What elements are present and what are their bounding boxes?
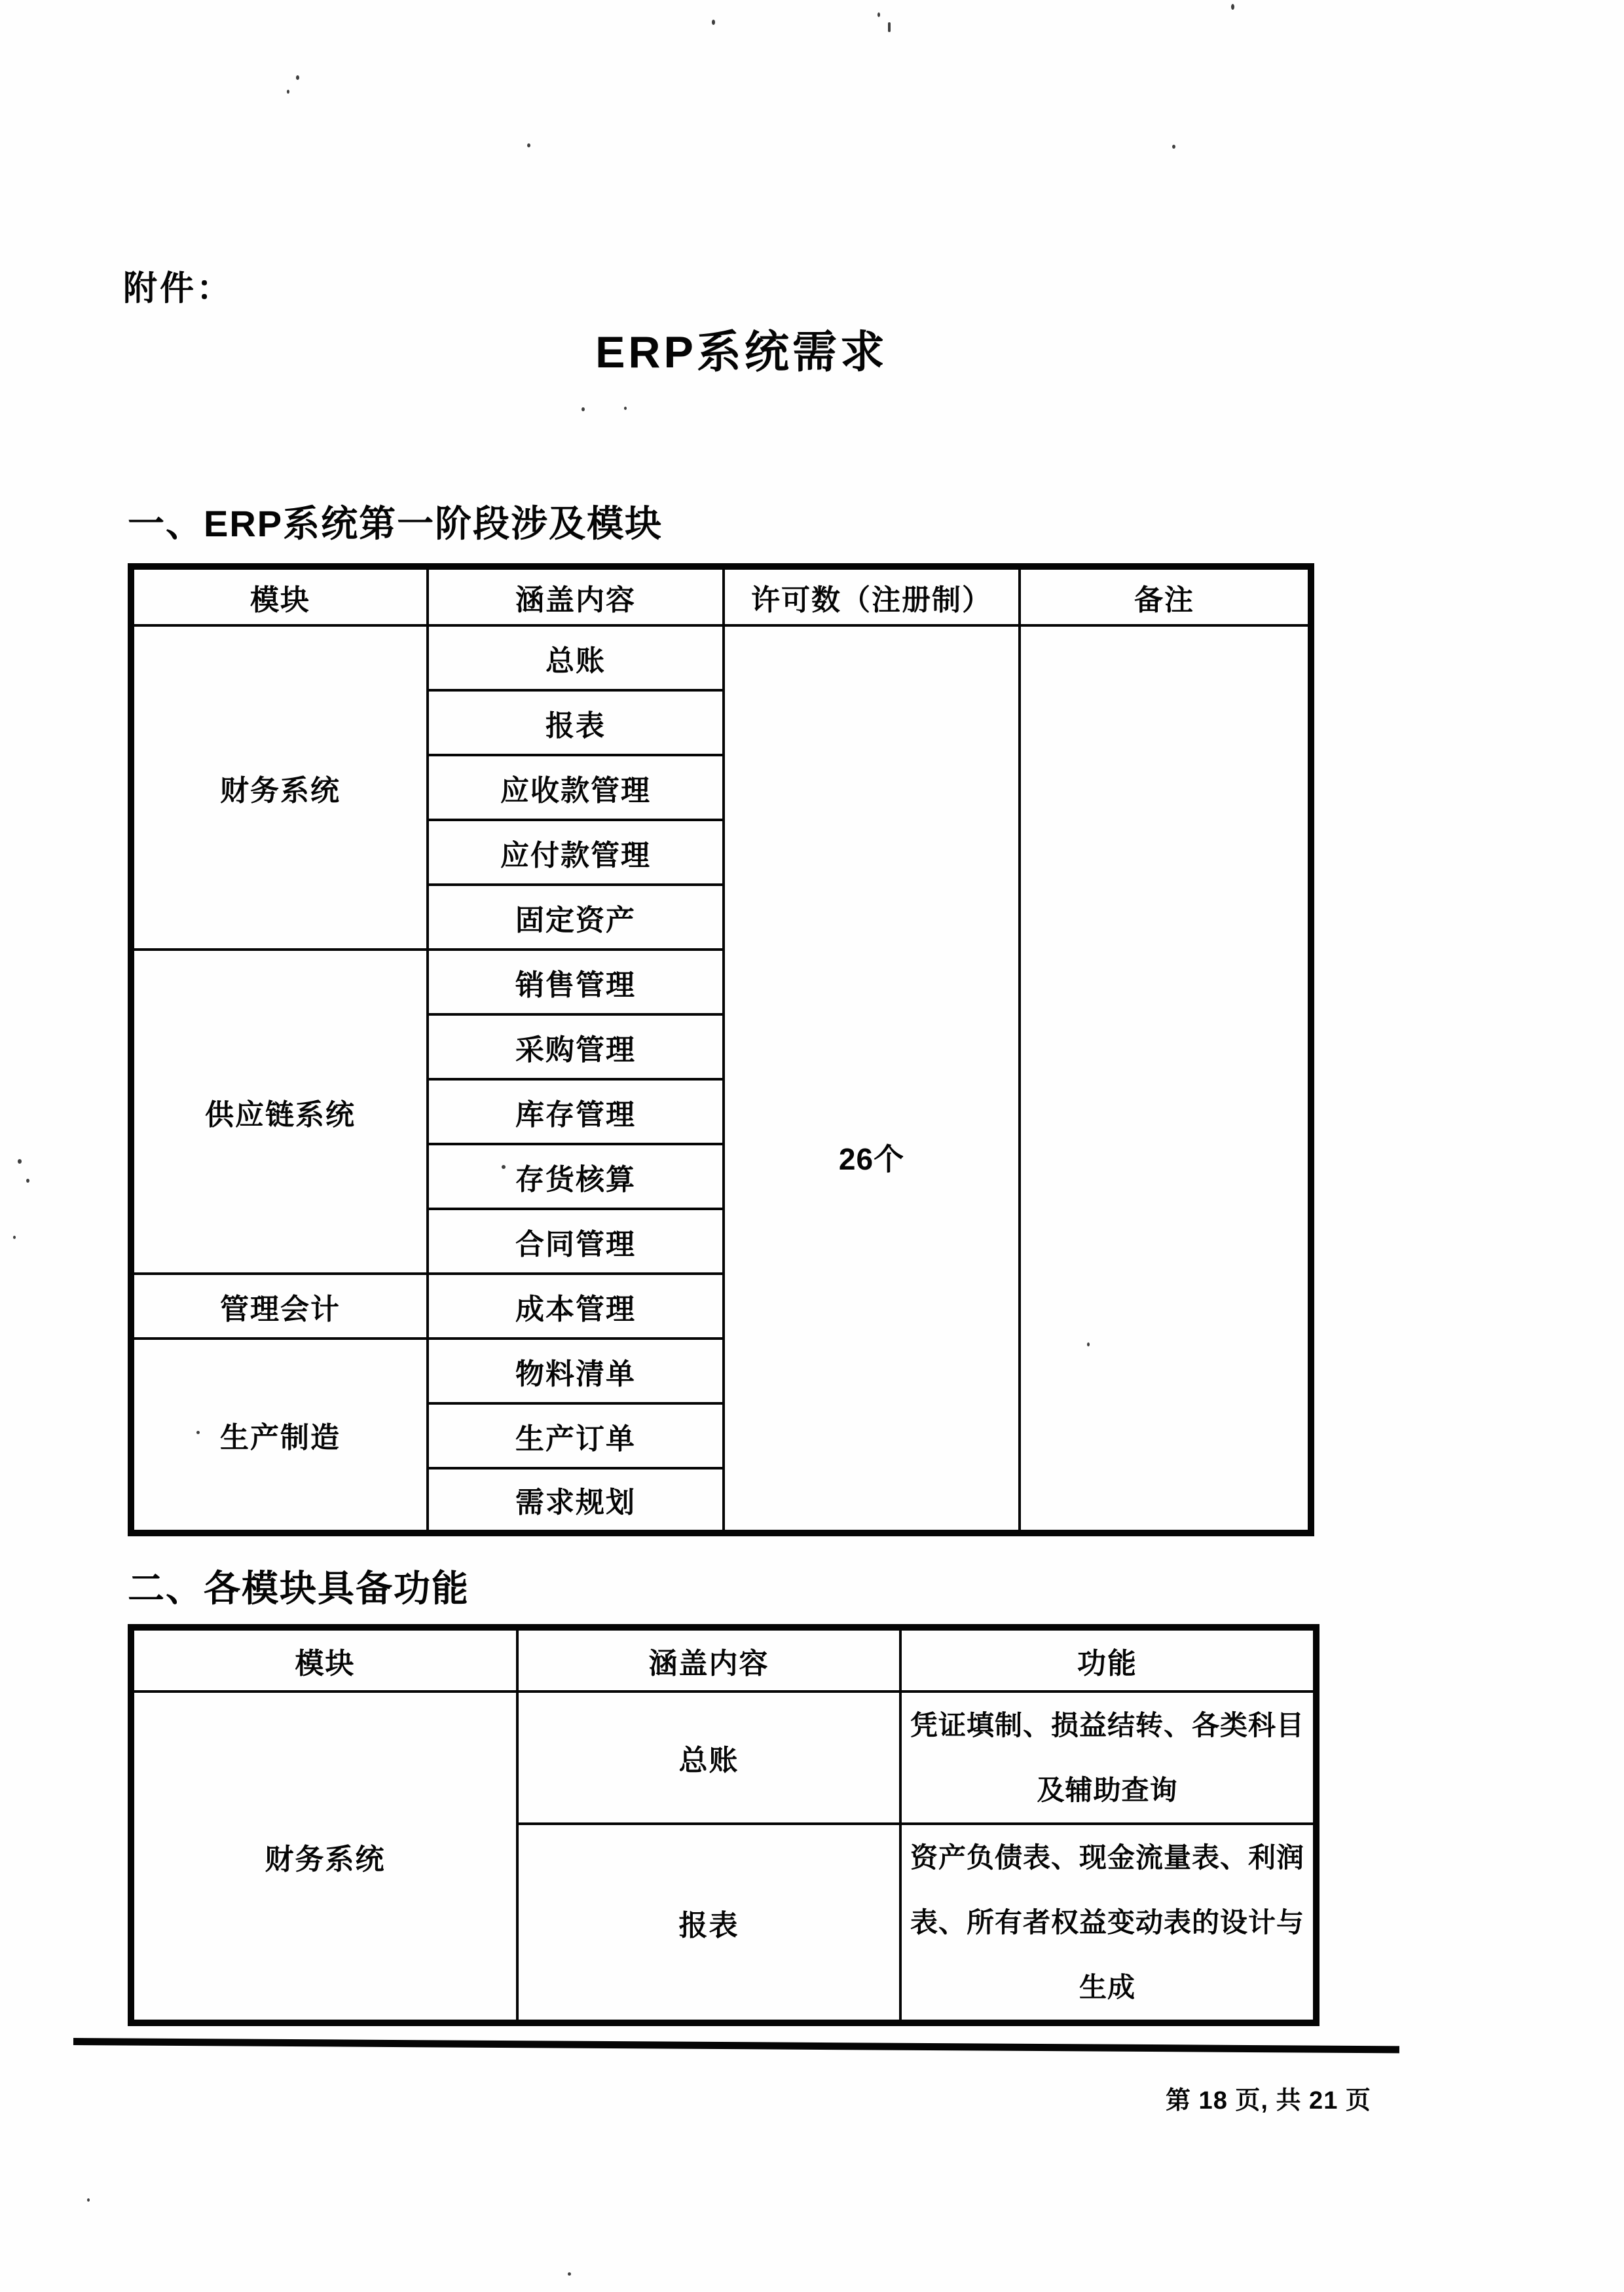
item-cell: 应付款管理 [428, 820, 724, 885]
item-cell: 应收款管理 [428, 755, 724, 820]
scan-speck [712, 20, 715, 25]
scan-speck [877, 12, 880, 17]
col-header-remark: 备注 [1020, 566, 1311, 625]
item-cell: 库存管理 [428, 1079, 724, 1144]
item-cell: 需求规划 [428, 1468, 724, 1533]
scan-speck [1087, 1342, 1090, 1346]
scan-speck [527, 143, 530, 147]
item-cell: 合同管理 [428, 1209, 724, 1274]
scan-speck [296, 75, 299, 80]
col-header-content: 涵盖内容 [428, 566, 724, 625]
item-cell: 采购管理 [428, 1014, 724, 1079]
scan-speck [196, 1431, 200, 1434]
scan-speck [287, 90, 289, 94]
item-cell: 总账 [428, 625, 724, 690]
section1-heading: 一、ERP系统第一阶段涉及模块 [128, 495, 663, 547]
module-cell: 管理会计 [131, 1274, 428, 1339]
function-cell: 资产负债表、现金流量表、利润表、所有者权益变动表的设计与生成 [900, 1824, 1316, 2023]
attachment-label: 附件： [123, 261, 233, 310]
item-cell: 存货核算 [428, 1144, 724, 1209]
scanned-document-page: 附件： ERP系统需求 一、ERP系统第一阶段涉及模块 模块 涵盖内容 许可数（… [0, 0, 1624, 2292]
col-header-content: 涵盖内容 [517, 1627, 900, 1691]
scan-speck [502, 1165, 506, 1169]
scan-speck [581, 407, 585, 411]
page-number: 第 18 页, 共 21 页 [1166, 2080, 1388, 2116]
functions-table: 模块 涵盖内容 功能 财务系统 总账 凭证填制、损益结转、各类科目及辅助查询 报… [128, 1624, 1319, 2026]
scan-speck [888, 22, 891, 32]
modules-table-header-row: 模块 涵盖内容 许可数（注册制） 备注 [131, 566, 1311, 625]
section2-heading: 二、各模块具备功能 [128, 1560, 470, 1612]
remark-cell [1020, 625, 1311, 1533]
item-cell: 成本管理 [428, 1274, 724, 1339]
scan-speck [87, 2198, 90, 2202]
scan-speck [1231, 4, 1234, 10]
module-cell: 财务系统 [131, 625, 428, 950]
module-cell: 生产制造 [131, 1339, 428, 1533]
col-header-license: 许可数（注册制） [724, 566, 1020, 625]
content-cell: 报表 [517, 1824, 900, 2023]
module-cell: 财务系统 [131, 1691, 517, 2023]
table-row: 财务系统 总账 26个 [131, 625, 1311, 690]
col-header-function: 功能 [900, 1627, 1316, 1691]
footer-rule [73, 2038, 1399, 2053]
scan-speck [568, 2272, 571, 2276]
license-cell: 26个 [724, 625, 1020, 1533]
scan-speck [13, 1236, 16, 1239]
scan-speck [1172, 145, 1175, 149]
scan-speck [18, 1159, 22, 1164]
col-header-module: 模块 [131, 1627, 517, 1691]
item-cell: 固定资产 [428, 885, 724, 950]
item-cell: 生产订单 [428, 1403, 724, 1468]
item-cell: 物料清单 [428, 1339, 724, 1403]
modules-table: 模块 涵盖内容 许可数（注册制） 备注 财务系统 总账 26个 报表 应收款管理… [128, 563, 1314, 1536]
functions-table-header-row: 模块 涵盖内容 功能 [131, 1627, 1316, 1691]
content-cell: 总账 [517, 1691, 900, 1824]
item-cell: 销售管理 [428, 950, 724, 1014]
scan-speck [624, 407, 627, 410]
scan-speck [26, 1179, 29, 1183]
col-header-module: 模块 [131, 566, 428, 625]
document-title: ERP系统需求 [128, 317, 1310, 380]
table-row: 财务系统 总账 凭证填制、损益结转、各类科目及辅助查询 [131, 1691, 1316, 1824]
module-cell: 供应链系统 [131, 950, 428, 1274]
function-cell: 凭证填制、损益结转、各类科目及辅助查询 [900, 1691, 1316, 1824]
item-cell: 报表 [428, 690, 724, 755]
